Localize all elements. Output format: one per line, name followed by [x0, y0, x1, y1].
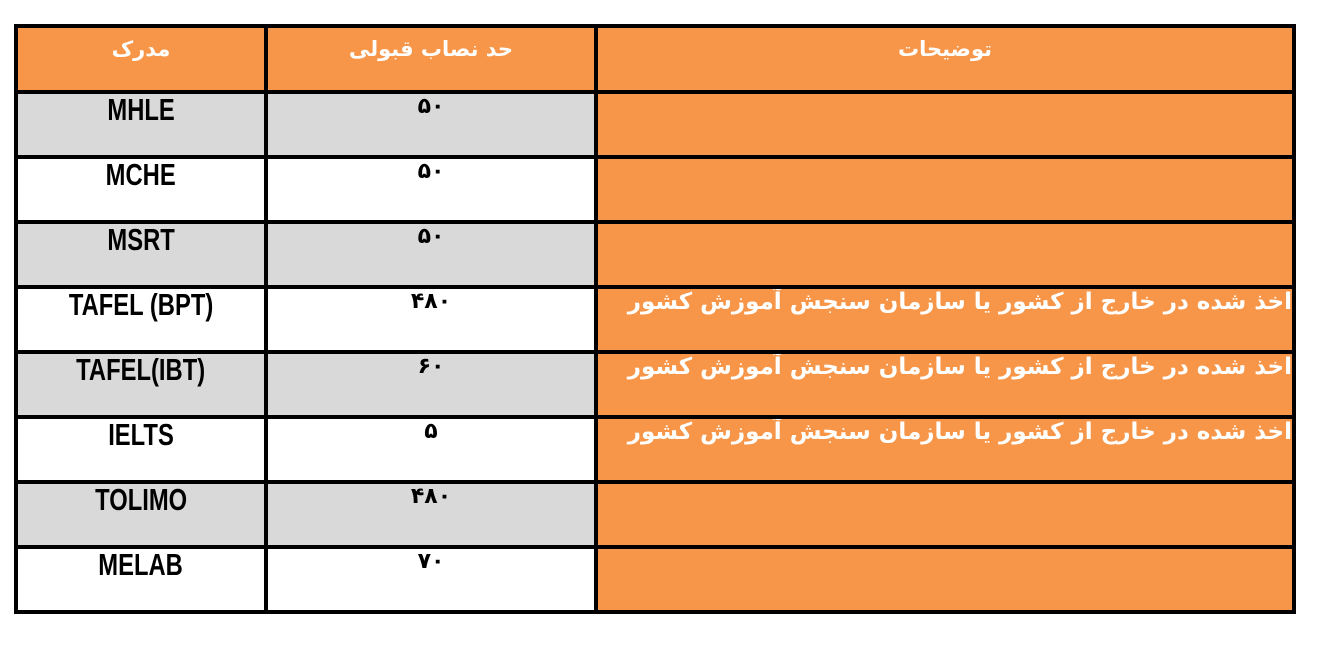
certificate-cell: MELAB — [16, 547, 266, 612]
header-row: مدرک حد نصاب قبولی توضیحات — [16, 26, 1294, 92]
certificate-cell: TAFEL(IBT) — [16, 352, 266, 417]
threshold-cell: ۶۰ — [266, 352, 596, 417]
table-row: MHLE ۵۰ — [16, 92, 1294, 157]
threshold-cell: ۷۰ — [266, 547, 596, 612]
certificates-table: مدرک حد نصاب قبولی توضیحات MHLE ۵۰ MCHE … — [14, 24, 1296, 614]
certificate-name: MCHE — [106, 159, 176, 194]
table-row: IELTS ۵ اخذ شده در خارج از کشور یا سازما… — [16, 417, 1294, 482]
table-row: MCHE ۵۰ — [16, 157, 1294, 222]
certificate-cell: MHLE — [16, 92, 266, 157]
table-row: MELAB ۷۰ — [16, 547, 1294, 612]
column-header-certificate: مدرک — [16, 26, 266, 92]
notes-cell — [596, 157, 1294, 222]
certificate-cell: TOLIMO — [16, 482, 266, 547]
column-header-notes: توضیحات — [596, 26, 1294, 92]
threshold-cell: ۵۰ — [266, 92, 596, 157]
certificate-name: TAFEL(IBT) — [77, 354, 206, 389]
notes-cell: اخذ شده در خارج از کشور یا سازمان سنجش آ… — [596, 287, 1294, 352]
notes-cell — [596, 482, 1294, 547]
certificate-cell: IELTS — [16, 417, 266, 482]
threshold-cell: ۵ — [266, 417, 596, 482]
notes-cell — [596, 222, 1294, 287]
certificate-name: MHLE — [107, 94, 174, 129]
notes-cell — [596, 92, 1294, 157]
notes-cell: اخذ شده در خارج از کشور یا سازمان سنجش آ… — [596, 417, 1294, 482]
table-row: TOLIMO ۴۸۰ — [16, 482, 1294, 547]
certificate-name: IELTS — [108, 419, 174, 454]
column-header-threshold: حد نصاب قبولی — [266, 26, 596, 92]
certificate-cell: MCHE — [16, 157, 266, 222]
threshold-cell: ۴۸۰ — [266, 287, 596, 352]
threshold-cell: ۵۰ — [266, 157, 596, 222]
certificate-name: TAFEL (BPT) — [69, 289, 213, 324]
certificate-name: MSRT — [107, 224, 174, 259]
table-row: TAFEL(IBT) ۶۰ اخذ شده در خارج از کشور یا… — [16, 352, 1294, 417]
notes-cell: اخذ شده در خارج از کشور یا سازمان سنجش آ… — [596, 352, 1294, 417]
certificate-name: MELAB — [99, 549, 184, 584]
table-row: TAFEL (BPT) ۴۸۰ اخذ شده در خارج از کشور … — [16, 287, 1294, 352]
notes-cell — [596, 547, 1294, 612]
certificate-name: TOLIMO — [95, 484, 187, 519]
table-row: MSRT ۵۰ — [16, 222, 1294, 287]
certificate-cell: TAFEL (BPT) — [16, 287, 266, 352]
certificate-cell: MSRT — [16, 222, 266, 287]
threshold-cell: ۴۸۰ — [266, 482, 596, 547]
table-header: مدرک حد نصاب قبولی توضیحات — [16, 26, 1294, 92]
table-body: MHLE ۵۰ MCHE ۵۰ MSRT ۵۰ TAFEL (BPT) ۴۸۰ … — [16, 92, 1294, 612]
threshold-cell: ۵۰ — [266, 222, 596, 287]
